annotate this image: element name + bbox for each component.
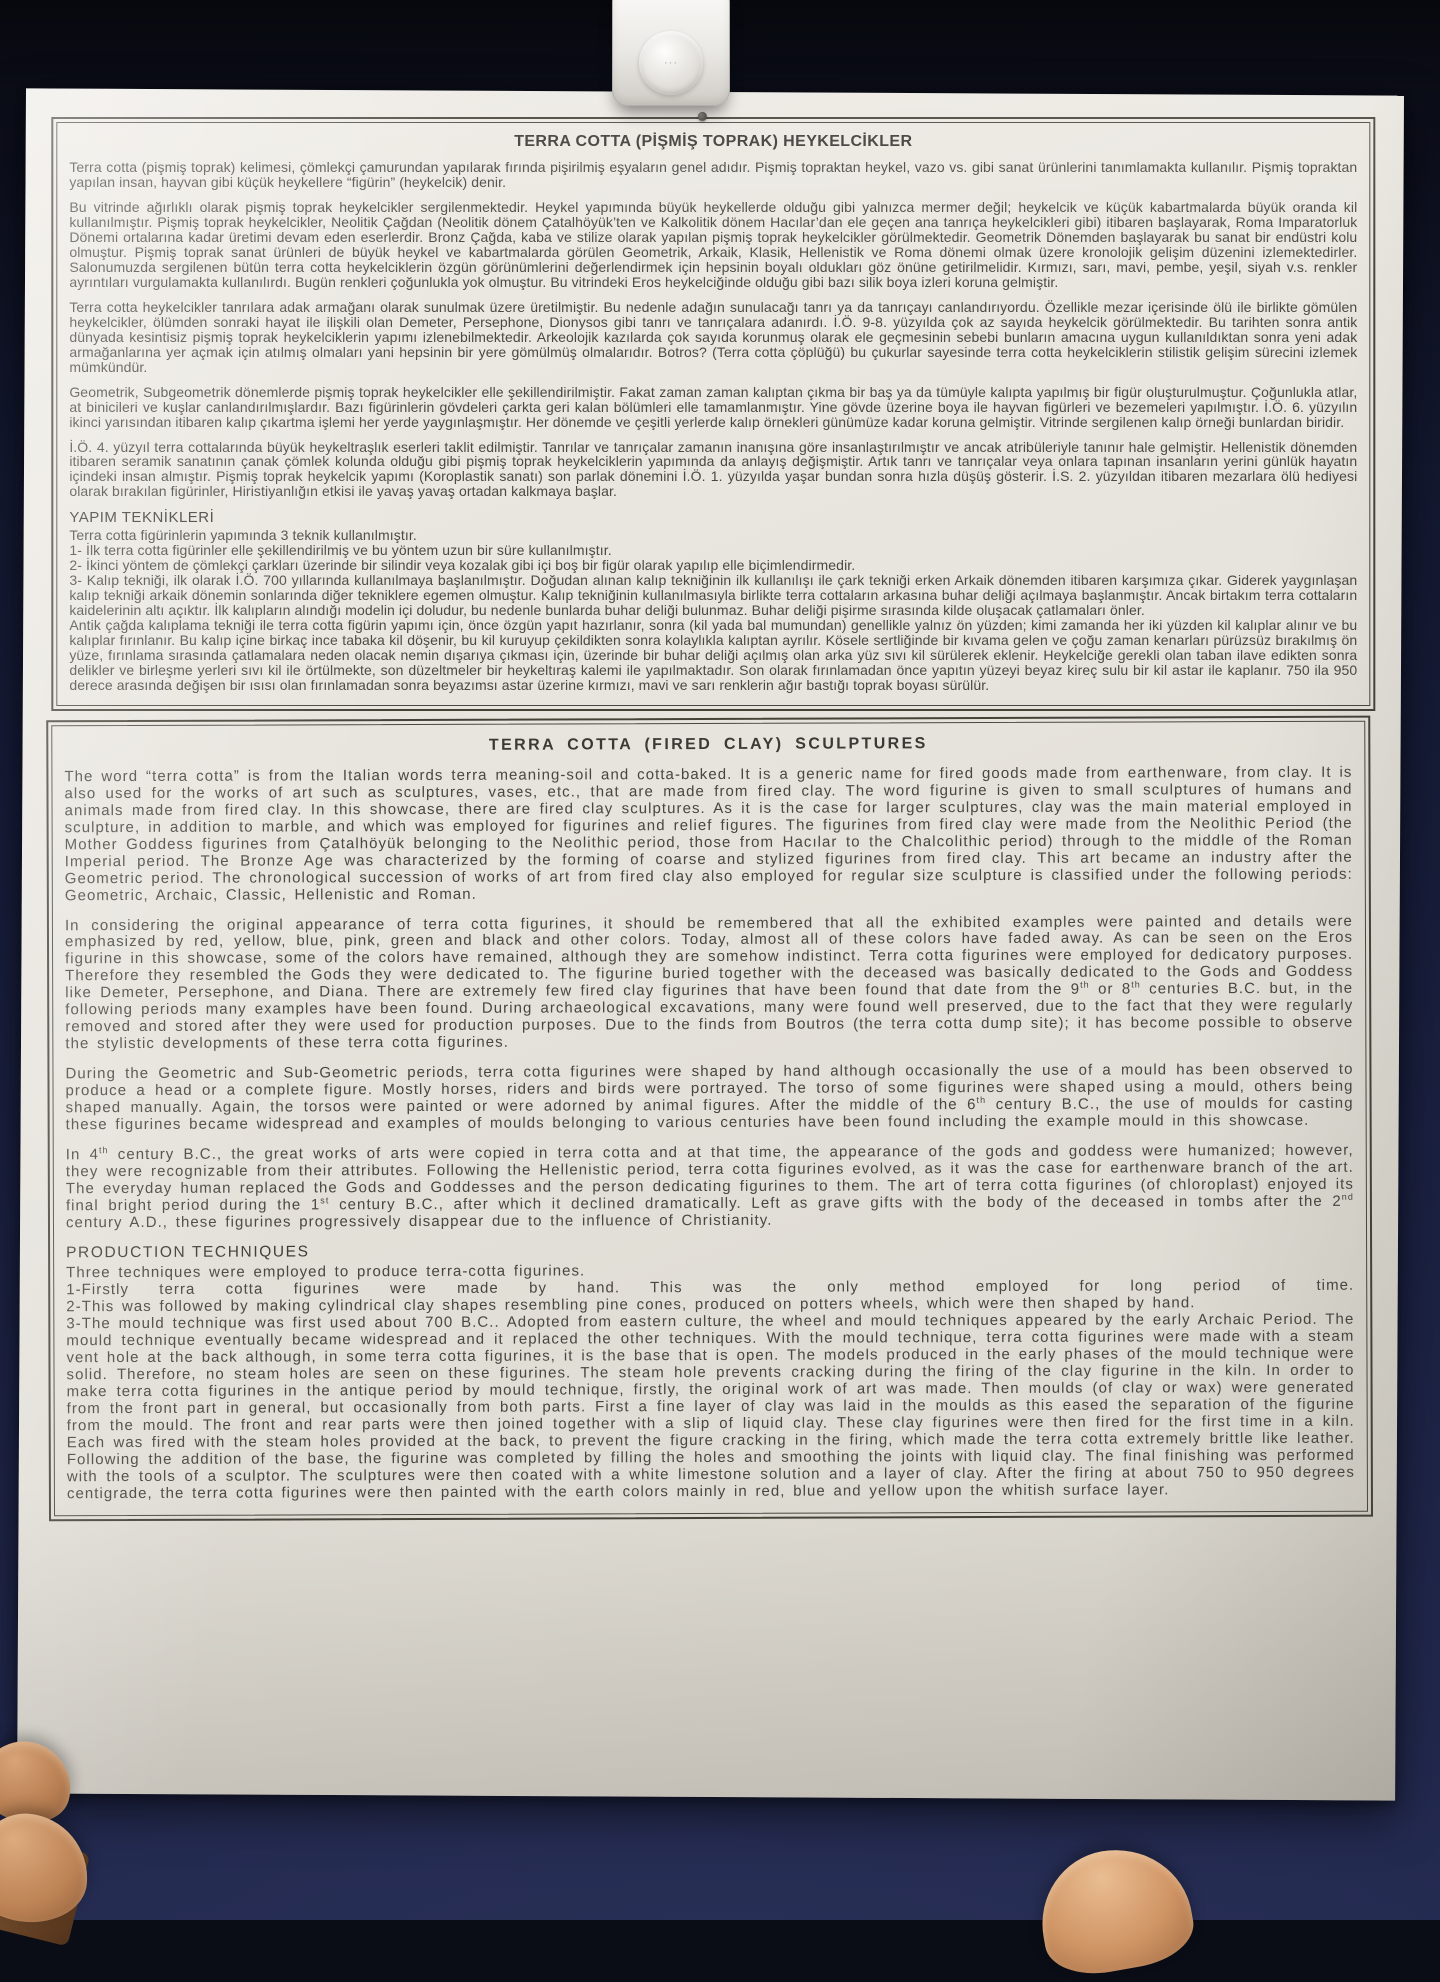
english-production-heading: PRODUCTION TECHNIQUES	[66, 1240, 1354, 1262]
english-production-3: 3-The mould technique was first used abo…	[66, 1312, 1355, 1503]
turkish-paragraph-4: Geometrik, Subgeometrik dönemlerde pişmi…	[69, 385, 1357, 430]
turkish-paragraph-1: Terra cotta (pişmiş toprak) kelimesi, çö…	[69, 160, 1357, 190]
information-panel: TERRA COTTA (PİŞMİŞ TOPRAK) HEYKELCİKLER…	[17, 88, 1404, 1800]
english-paragraph-2: In considering the original appearance o…	[65, 913, 1353, 1053]
turkish-paragraph-2: Bu vitrinde ağırlıklı olarak pişmiş topr…	[69, 200, 1357, 290]
turkish-paragraph-3: Terra cotta heykelcikler tanrılara adak …	[69, 300, 1357, 375]
turkish-technique-3: 3- Kalıp tekniği, ilk olarak İ.Ö. 700 yı…	[69, 573, 1357, 618]
turkish-paragraph-5: İ.Ö. 4. yüzyıl terra cottalarında büyük …	[69, 439, 1357, 499]
wall-mount: ···	[612, 0, 730, 106]
turkish-technique-final: Antik çağda kalıplama tekniği ile terra …	[69, 618, 1357, 693]
mount-button-icon: ···	[639, 31, 703, 95]
english-section-inner: TERRA COTTA (FIRED CLAY) SCULPTURES The …	[51, 721, 1368, 1516]
turkish-section: TERRA COTTA (PİŞMİŞ TOPRAK) HEYKELCİKLER…	[51, 117, 1375, 711]
english-title: TERRA COTTA (FIRED CLAY) SCULPTURES	[64, 734, 1352, 756]
english-paragraph-4: In 4th century B.C., the great works of …	[66, 1143, 1354, 1232]
english-section: TERRA COTTA (FIRED CLAY) SCULPTURES The …	[46, 716, 1373, 1521]
turkish-section-inner: TERRA COTTA (PİŞMİŞ TOPRAK) HEYKELCİKLER…	[56, 122, 1370, 706]
mount-dots: ···	[664, 57, 678, 69]
screw-icon	[698, 112, 707, 121]
english-paragraph-3: During the Geometric and Sub-Geometric p…	[65, 1062, 1353, 1134]
english-paragraph-1: The word “terra cotta” is from the Itali…	[64, 765, 1352, 905]
turkish-title: TERRA COTTA (PİŞMİŞ TOPRAK) HEYKELCİKLER	[69, 133, 1357, 151]
turkish-techniques-heading: YAPIM TEKNİKLERİ	[69, 509, 1357, 526]
